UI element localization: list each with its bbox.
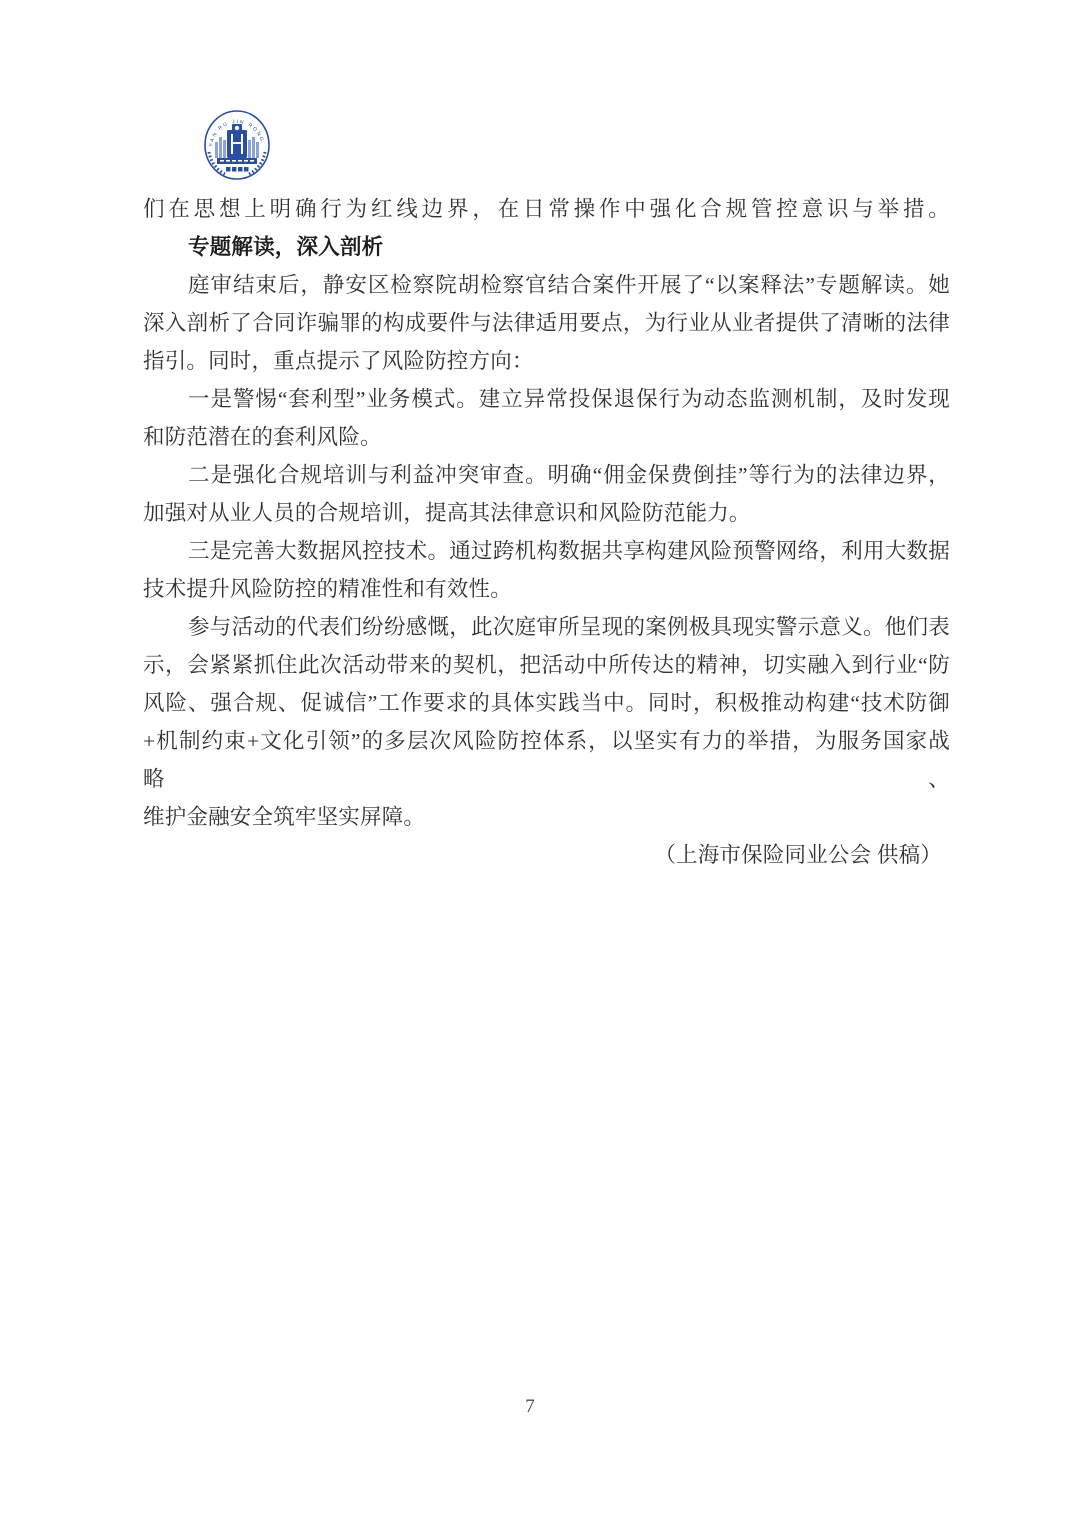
- text-line: 技术提升风险防控的精准性和有效性。: [143, 570, 950, 608]
- text-line: 维护金融安全筑牢坚实屏障。: [143, 798, 950, 836]
- text-line: 三是完善大数据风控技术。通过跨机构数据共享构建风险预警网络，利用大数据: [143, 532, 950, 570]
- text-line: 加强对从业人员的合规培训，提高其法律意识和风险防范能力。: [143, 494, 950, 532]
- text-line: 庭审结束后，静安区检察院胡检察官结合案件开展了“以案释法”专题解读。她: [143, 266, 950, 304]
- text-line: 指引。同时，重点提示了风险防控方向：: [143, 342, 950, 380]
- document-page: YAN RU JIN RONG: [0, 0, 1080, 1527]
- seal-icon: YAN RU JIN RONG: [203, 108, 271, 183]
- text-line: 风险、强合规、促诚信”工作要求的具体实践当中。同时，积极推动构建“技术防御: [143, 684, 950, 722]
- text-line: 和防范潜在的套利风险。: [143, 418, 950, 456]
- text-line: +机制约束+文化引领”的多层次风险防控体系，以坚实有力的举措，为服务国家战略、: [143, 722, 950, 798]
- organization-seal-logo: YAN RU JIN RONG: [203, 108, 271, 183]
- page-number: 7: [0, 1396, 1060, 1418]
- section-heading: 专题解读，深入剖析: [143, 228, 950, 266]
- attribution: （上海市保险同业公会 供稿）: [143, 836, 950, 874]
- text-line: 深入剖析了合同诈骗罪的构成要件与法律适用要点，为行业从业者提供了清晰的法律: [143, 304, 950, 342]
- text-line: 参与活动的代表们纷纷感慨，此次庭审所呈现的案例极具现实警示意义。他们表: [143, 608, 950, 646]
- text-line: 示，会紧紧抓住此次活动带来的契机，把活动中所传达的精神，切实融入到行业“防: [143, 646, 950, 684]
- text-line: 二是强化合规培训与利益冲突审查。明确“佣金保费倒挂”等行为的法律边界，: [143, 456, 950, 494]
- body-text: 们在思想上明确行为红线边界，在日常操作中强化合规管控意识与举措。 专题解读，深入…: [143, 190, 950, 874]
- text-line: 们在思想上明确行为红线边界，在日常操作中强化合规管控意识与举措。: [143, 190, 950, 228]
- text-line: 一是警惕“套利型”业务模式。建立异常投保退保行为动态监测机制，及时发现: [143, 380, 950, 418]
